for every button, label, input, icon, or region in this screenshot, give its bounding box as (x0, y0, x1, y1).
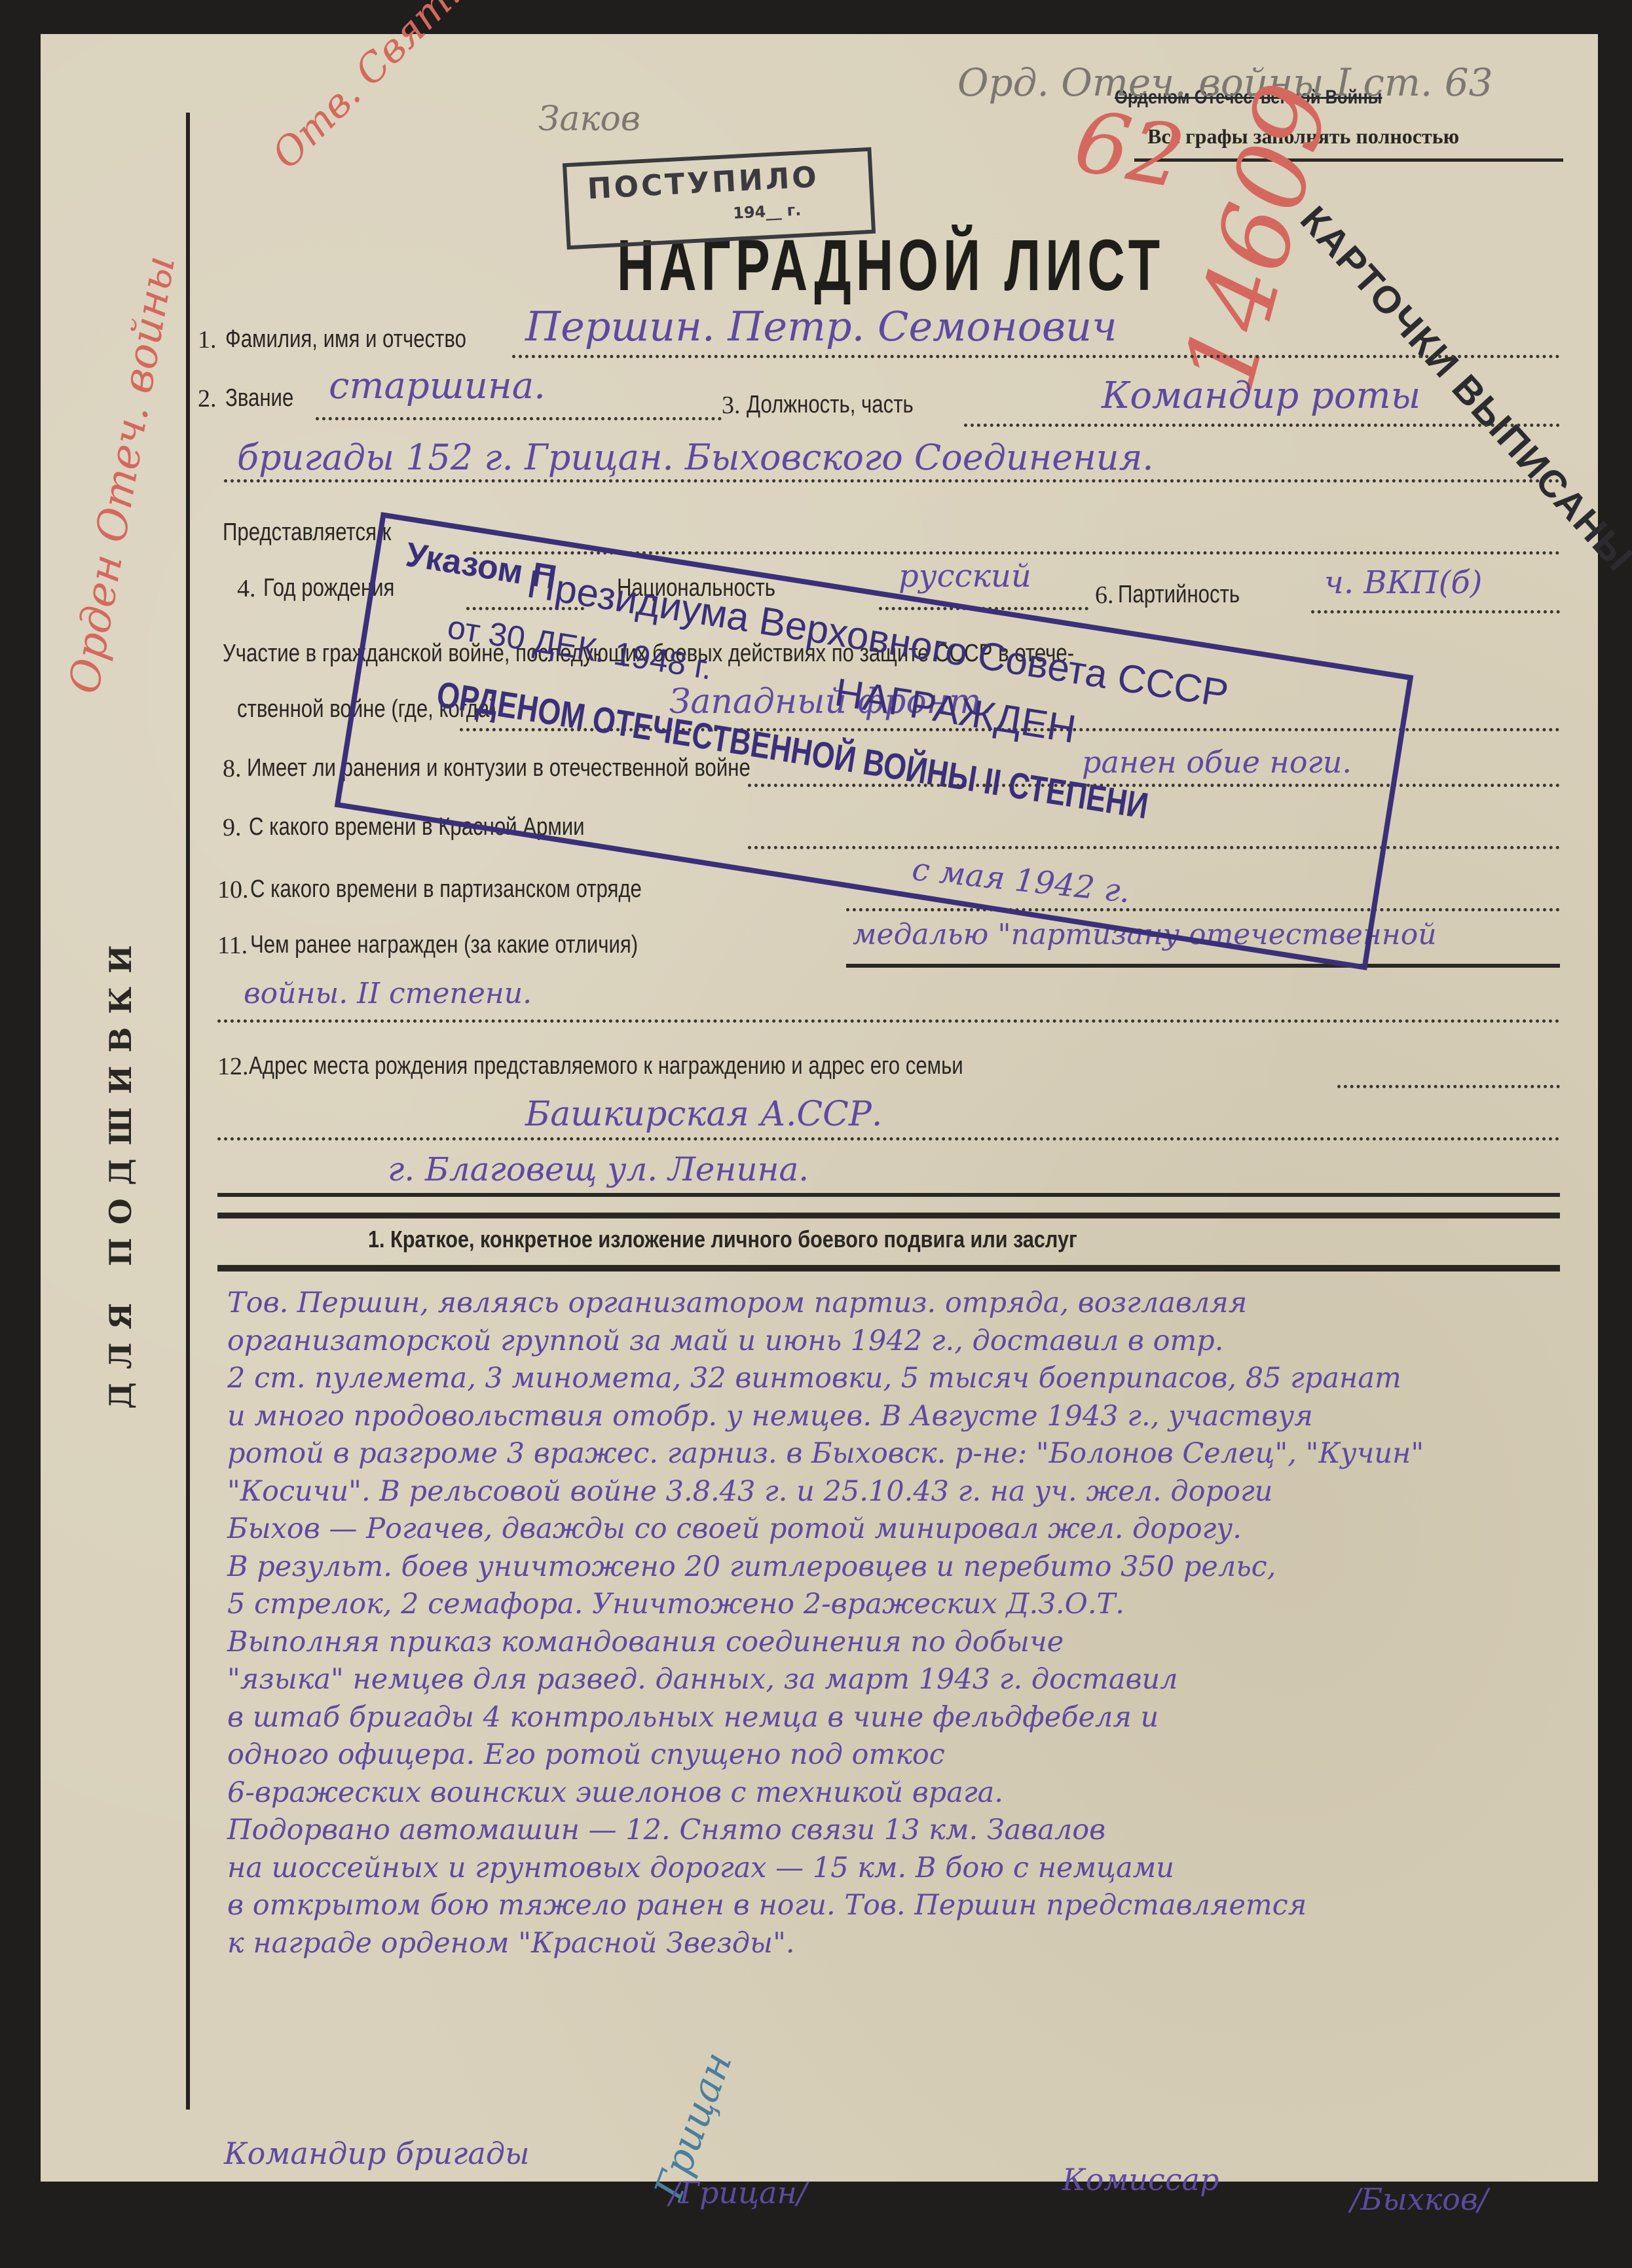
award-sheet: ДЛЯ ПОДШИВКИ Орденом Отечественной Войны… (41, 34, 1598, 2182)
field-12-label: Адрес места рождения представляемого к н… (249, 1052, 963, 1080)
field-3-value: Командир роты (1102, 375, 1420, 417)
field-11-continuation: войны. II степени. (244, 977, 532, 1010)
field-12-line (1337, 1085, 1560, 1088)
award-stamp-line4: ОРДЕНОМ ОТЕЧЕСТВЕННОЙ ВОЙНЫ II СТЕПЕНИ (434, 672, 1151, 827)
narrative-line: Быхов — Рогачев, дважды со своей ротой м… (227, 1510, 1589, 1548)
received-stamp-year: 194__ г. (732, 200, 801, 222)
field-6-number: 6. (1095, 581, 1114, 610)
narrative-line: в открытом бою тяжело ранен в ноги. Тов.… (227, 1887, 1589, 1925)
narrative-line: 2 ст. пулемета, 3 миномета, 32 винтовки,… (227, 1360, 1589, 1398)
binding-margin-rule (186, 113, 190, 2110)
section-rule-bottom (217, 1265, 1560, 1271)
field-6-label: Партийность (1118, 581, 1240, 609)
field-11-label: Чем ранее награжден (за какие отличия) (250, 931, 638, 959)
narrative-line: "языка" немцев для развед. данных, за ма… (227, 1661, 1589, 1699)
field-1-value: Першин. Петр. Семонович (525, 302, 1117, 350)
narrative-line: 5 стрелок, 2 семафора. Уничтожено 2-враж… (227, 1586, 1589, 1624)
commissar-name: /Быхков/ (1350, 2182, 1488, 2217)
field-2-line (316, 417, 722, 420)
narrative-line: организаторской группой за май и июнь 19… (227, 1323, 1589, 1361)
field-3-line (964, 424, 1560, 427)
field-6-value: ч. ВКП(б) (1324, 564, 1482, 601)
narrative-line: на шоссейных и грунтовых дорогах — 15 км… (227, 1850, 1589, 1888)
commissar-label: Комиссар (1062, 2162, 1219, 2197)
field-12-value: Башкирская А.ССР. (525, 1095, 882, 1134)
narrative-text: Тов. Першин, являясь организатором парти… (227, 1285, 1589, 1962)
narrative-line: и много продовольствия отобр. у немцев. … (227, 1398, 1589, 1436)
narrative-line: 6-вражеских воинских эшелонов с техникой… (227, 1774, 1589, 1812)
received-stamp-label: ПОСТУПИЛО (587, 160, 820, 206)
red-annotation-top-left: Отв. Свят. (263, 0, 470, 177)
field-9-number: 9. (223, 813, 242, 842)
narrative-line: к награде орденом "Красной Звезды". (227, 1925, 1589, 1963)
narrative-line: ротой в разгроме 3 вражес. гарниз. в Бых… (227, 1435, 1589, 1473)
narrative-line: "Косичи". В рельсовой войне 3.8.43 г. и … (227, 1473, 1589, 1511)
binding-margin-label: ДЛЯ ПОДШИВКИ (103, 932, 138, 1409)
field-12-line-3 (217, 1193, 1560, 1197)
section-rule-top (217, 1213, 1560, 1218)
pencil-annotation-top-left: Заков (538, 100, 640, 139)
field-11-number: 11. (217, 931, 248, 960)
field-3-number: 3. (722, 391, 741, 420)
field-2-label: Звание (225, 384, 293, 412)
field-3-continuation: бригады 152 г. Грицан. Быховского Соедин… (237, 437, 1154, 478)
field-2-number: 2. (198, 384, 217, 413)
field-8-number: 8. (223, 754, 242, 783)
red-annotation-number: 62 (1067, 91, 1191, 208)
field-2-value: старшина. (329, 365, 546, 407)
field-4-number: 4. (237, 574, 256, 603)
received-stamp: ПОСТУПИЛО 194__ г. (563, 147, 876, 250)
field-3-label: Должность, часть (747, 391, 914, 419)
field-12-number: 12. (217, 1052, 249, 1081)
field-10-number: 10. (217, 875, 249, 904)
presented-to-label: Представляется к (223, 519, 391, 547)
commander-name: /Грицан/ (669, 2175, 807, 2210)
narrative-line: Тов. Першин, являясь организатором парти… (227, 1285, 1589, 1323)
field-1-line (512, 355, 1560, 358)
field-3-line-2 (224, 479, 1560, 483)
field-5-value: русский (899, 558, 1031, 594)
red-annotation-left: Орден Отеч. войны (60, 252, 185, 697)
narrative-line: Выполняя приказ командования соединения … (227, 1624, 1589, 1662)
narrative-line: одного офицера. Его ротой спущено под от… (227, 1736, 1589, 1774)
pencil-annotation-top: Орд. Отеч. войны I ст. 63 (957, 60, 1493, 105)
narrative-line: Подорвано автомашин — 12. Снято связи 13… (227, 1812, 1589, 1850)
header-rule (1134, 158, 1563, 162)
field-6-line (1311, 610, 1560, 613)
commander-label: Командир бригады (224, 2136, 529, 2171)
narrative-line: в штаб бригады 4 контрольных немца в чин… (227, 1699, 1589, 1737)
section-heading: 1. Краткое, конкретное изложение личного… (368, 1226, 1077, 1253)
field-11-line-2 (217, 1019, 1560, 1023)
field-12-line-2 (217, 1137, 1560, 1141)
field-12-continuation: г. Благовещ ул. Ленина. (388, 1150, 809, 1188)
field-1-number: 1. (198, 325, 217, 354)
narrative-line: В результ. боев уничтожено 20 гитлеровце… (227, 1548, 1589, 1586)
field-11-line (846, 964, 1560, 968)
field-10-label: С какого времени в партизанском отряде (250, 875, 642, 904)
field-1-label: Фамилия, имя и отчество (225, 325, 466, 354)
